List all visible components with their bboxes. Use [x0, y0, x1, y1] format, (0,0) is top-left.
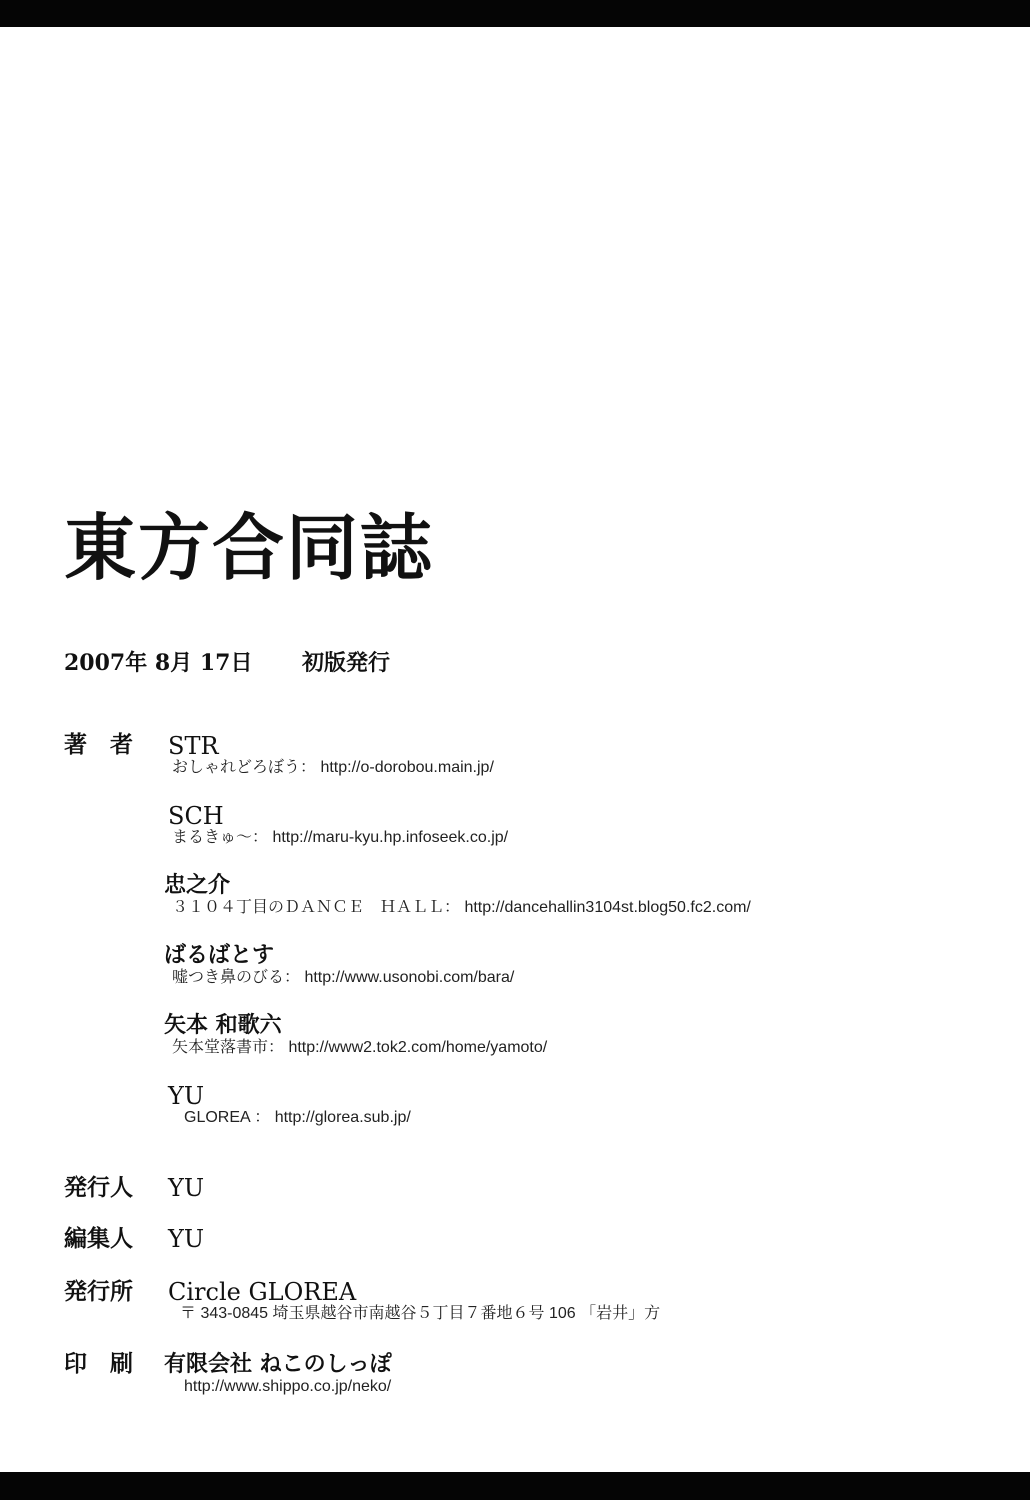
publisher-value: YU: [168, 1173, 204, 1203]
author-site-chuunosuke: ３１０４丁目のＤＡＮＣＥ ＨＡＬＬ： http://dancehallin310…: [172, 898, 751, 918]
author-site-str: おしゃれどろぼう： http://o-dorobou.main.jp/: [172, 758, 494, 778]
author-name-yu: YU: [168, 1081, 204, 1111]
printing-label: 印 刷: [64, 1349, 133, 1379]
publishing-office-label: 発行所: [64, 1277, 133, 1307]
edition-label: 初版発行: [302, 648, 390, 678]
authors-label: 著 者: [64, 730, 133, 760]
author-site-yamoto: 矢本堂落書市： http://www2.tok2.com/home/yamoto…: [172, 1038, 547, 1058]
author-site-sch: まるきゅ〜： http://maru-kyu.hp.infoseek.co.jp…: [172, 828, 508, 848]
top-black-border: [0, 0, 1030, 27]
editor-value: YU: [168, 1224, 204, 1254]
publishing-office-value: Circle GLOREA: [168, 1277, 356, 1307]
editor-label: 編集人: [64, 1224, 133, 1254]
author-name-str: STR: [168, 731, 219, 761]
author-name-yamoto: 矢本 和歌六: [164, 1010, 282, 1040]
author-name-chuunosuke: 忠之介: [164, 870, 230, 900]
publication-line: 2007年 8月 17日 初版発行: [64, 648, 252, 678]
author-name-sch: SCH: [168, 801, 224, 831]
book-title: 東方合同誌: [64, 508, 434, 588]
printing-url: http://www.shippo.co.jp/neko/: [184, 1377, 391, 1397]
publication-date: 2007年 8月 17日: [64, 650, 252, 676]
publisher-label: 発行人: [64, 1173, 133, 1203]
bottom-black-border: [0, 1472, 1030, 1500]
author-name-barbatos: ばるばとす: [164, 940, 274, 970]
publishing-office-address: 〒 343-0845 埼玉県越谷市南越谷５丁目７番地６号 106 「岩井」方: [180, 1304, 660, 1324]
author-site-yu: GLOREA ： http://glorea.sub.jp/: [184, 1108, 411, 1128]
author-site-barbatos: 嘘つき鼻のびる： http://www.usonobi.com/bara/: [172, 968, 514, 988]
printing-company: 有限会社 ねこのしっぽ: [164, 1349, 392, 1379]
